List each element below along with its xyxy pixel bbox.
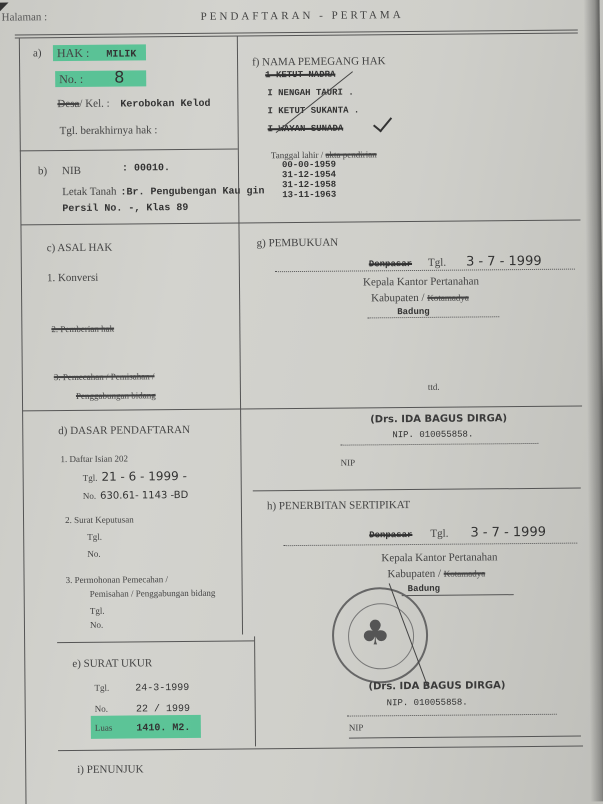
penerbitan-office-2: Kabupaten / Kotamadya bbox=[387, 567, 485, 580]
letak-label: Letak Tanah bbox=[62, 186, 116, 198]
birth-date-3: 31-12-1958 bbox=[282, 180, 336, 190]
surat-ukur-tgl: Tgl. 24-3-1999 bbox=[94, 677, 189, 696]
penerbitan-dotted-line bbox=[283, 543, 577, 547]
akta-struck: akta pendirian bbox=[325, 149, 376, 159]
penerbitan-kotamadya-struck: Kotamadya bbox=[444, 568, 486, 578]
pembukuan-place: Denpasar bbox=[369, 259, 412, 269]
daftar-isian-tgl-label: Tgl. bbox=[83, 473, 98, 483]
penerbitan-regency-line bbox=[402, 594, 514, 596]
section-h-heading: h) PENERBITAN SERTIPIKAT bbox=[267, 499, 410, 512]
hak-value: MILIK bbox=[106, 49, 136, 60]
penerbitan-nip-line bbox=[349, 736, 581, 739]
permohonan-no-label: No. bbox=[90, 620, 103, 630]
penerbitan-place: Denpasar bbox=[369, 530, 412, 540]
pembukuan-office-2: Kabupaten / Kotamadya bbox=[371, 292, 469, 305]
garuda-emblem-icon: ♣ bbox=[360, 613, 391, 653]
luas-label: Luas bbox=[95, 723, 113, 733]
penerbitan-official-nip: NIP. 010055858. bbox=[387, 698, 468, 709]
tanggal-lahir-label: Tanggal lahir / bbox=[271, 150, 323, 160]
asal-hak-item-1: 1. Konversi bbox=[47, 272, 98, 284]
section-e-heading: e) SURAT UKUR bbox=[72, 657, 152, 670]
pembukuan-tgl-value: 3 - 7 - 1999 bbox=[466, 254, 542, 270]
surat-keputusan-tgl-label: Tgl. bbox=[87, 532, 102, 542]
daftar-isian-no: No. 630.61- 1143 -BD bbox=[83, 485, 189, 504]
luas-highlight: Luas 1410. M2. bbox=[91, 715, 201, 739]
asal-hak-item-3-cont: Penggabungan bidang bbox=[76, 390, 156, 401]
birth-date-2: 31-12-1954 bbox=[282, 170, 336, 180]
hak-highlight: HAK : MILIK bbox=[53, 44, 146, 61]
desa-kel-field: Desa/ Kel. : Kerobokan Kelod bbox=[57, 97, 210, 111]
holder-3: I KETUT SUKANTA . bbox=[267, 105, 359, 116]
nib-label: NIB bbox=[62, 165, 81, 177]
pembukuan-tgl-label: Tgl. bbox=[428, 257, 446, 269]
section-i-heading: i) PENUNJUK bbox=[77, 763, 143, 776]
section-a-marker: a) bbox=[33, 47, 42, 59]
regency-dotted-line bbox=[367, 316, 499, 318]
surat-ukur-tgl-value: 24-3-1999 bbox=[135, 683, 189, 694]
no-field: No. : 8 bbox=[55, 67, 146, 88]
letak-tanah-field: Letak Tanah :Br. Pengubengan Kau gin bbox=[62, 180, 264, 200]
daftar-isian-no-value: 630.61- 1143 -BD bbox=[100, 490, 188, 502]
no-label: No. : bbox=[59, 72, 83, 86]
official-signature-line bbox=[340, 443, 538, 446]
land-certificate-page: Halaman : PENDAFTARAN - PERTAMA a) HAK :… bbox=[0, 0, 603, 804]
luas-value: 1410. M2. bbox=[136, 723, 190, 734]
penerbitan-date-line: Denpasar Tgl. 3 - 7 - 1999 bbox=[369, 523, 546, 543]
row-divider-g-h bbox=[253, 488, 581, 492]
tgl-berakhir-label: Tgl. berakhirnya hak : bbox=[60, 124, 158, 137]
permohonan-label-1: 3. Permohonan Pemecahan / bbox=[66, 574, 169, 585]
document-title: PENDAFTARAN - PERTAMA bbox=[201, 9, 404, 23]
daftar-isian-tgl-value: 21 - 6 - 1999 - bbox=[101, 469, 187, 484]
row-divider-b-c bbox=[20, 220, 580, 226]
surat-ukur-no-value: 22 / 1999 bbox=[136, 704, 190, 715]
asal-hak-item-2: 2. Pemberian hak bbox=[51, 324, 114, 335]
penerbitan-tgl-label: Tgl. bbox=[430, 528, 448, 540]
header-double-rule bbox=[15, 30, 578, 39]
section-d-heading: d) DASAR PENDAFTARAN bbox=[58, 424, 190, 437]
column-divider-lower bbox=[254, 636, 256, 746]
kel-label: / Kel. : bbox=[79, 98, 109, 110]
row-divider-a-b bbox=[20, 149, 238, 152]
holder-2: I NENGAH TAURI . bbox=[267, 88, 354, 99]
surat-keputusan-no-label: No. bbox=[87, 549, 100, 559]
left-margin-line bbox=[19, 38, 27, 804]
section-c-heading: c) ASAL HAK bbox=[47, 242, 113, 255]
daftar-isian-tgl: Tgl. 21 - 6 - 1999 - bbox=[83, 467, 187, 486]
row-divider-c-d bbox=[22, 406, 582, 412]
pembukuan-official-name: (Drs. IDA BAGUS DIRGA) bbox=[370, 413, 507, 425]
column-divider bbox=[237, 37, 243, 635]
surat-ukur-no: No. 22 / 1999 bbox=[95, 698, 190, 717]
penerbitan-official-name: (Drs. IDA BAGUS DIRGA) bbox=[368, 680, 505, 692]
surat-ukur-no-label: No. bbox=[95, 704, 108, 714]
permohonan-label-2: Pemisahan / Penggabungan bidang bbox=[90, 588, 216, 599]
hak-label: HAK : bbox=[57, 46, 89, 60]
pembukuan-ttd: ttd. bbox=[428, 382, 440, 392]
penerbitan-kabupaten: Kabupaten / bbox=[387, 568, 441, 580]
permohonan-tgl-label: Tgl. bbox=[90, 606, 105, 616]
penerbitan-office-1: Kepala Kantor Pertanahan bbox=[381, 551, 497, 564]
letak-value: :Br. Pengubengan Kau gin bbox=[120, 186, 264, 198]
no-value: 8 bbox=[114, 68, 124, 87]
kel-value: Kerobokan Kelod bbox=[120, 99, 210, 111]
birth-date-label: Tanggal lahir / akta pendirian bbox=[271, 149, 377, 160]
section-b-marker: b) bbox=[38, 165, 47, 177]
official-seal-stamp: ♣ bbox=[332, 587, 429, 684]
section-g-heading: g) PEMBUKUAN bbox=[257, 237, 339, 250]
pembukuan-office-1: Kepala Kantor Pertanahan bbox=[363, 275, 479, 288]
row-divider-d-e bbox=[57, 640, 254, 643]
surat-ukur-tgl-label: Tgl. bbox=[94, 683, 109, 693]
persil-value: Persil No. -, Klas 89 bbox=[62, 203, 188, 215]
surat-keputusan-label: 2. Surat Keputusan bbox=[65, 514, 134, 525]
birth-date-1: 00-00-1959 bbox=[282, 160, 336, 170]
surat-ukur-luas: Luas 1410. M2. bbox=[91, 717, 201, 736]
nib-value: : 00010. bbox=[122, 163, 170, 174]
pembukuan-nip-label: NIP bbox=[341, 458, 356, 468]
desa-struck: Desa bbox=[57, 98, 79, 110]
penerbitan-nip-label: NIP bbox=[349, 722, 364, 732]
daftar-isian-label: 1. Daftar Isian 202 bbox=[60, 454, 128, 465]
page-edge-shadow bbox=[583, 0, 603, 801]
daftar-isian-no-label: No. bbox=[83, 491, 96, 501]
hak-field: HAK : MILIK bbox=[53, 43, 147, 62]
penerbitan-tgl-value: 3 - 7 - 1999 bbox=[470, 525, 546, 541]
asal-hak-item-3: 3. Pemecahan / Pemisahan / bbox=[54, 371, 155, 382]
holder-1: 1 KETUT NADRA bbox=[265, 70, 335, 81]
office-kotamadya-struck: Kotamadya bbox=[427, 293, 469, 303]
penerbitan-regency: Badung bbox=[408, 584, 440, 594]
birth-date-4: 13-11-1963 bbox=[282, 190, 336, 200]
penerbitan-signature-line bbox=[347, 714, 557, 717]
section-f-heading: f) NAMA PEMEGANG HAK bbox=[252, 55, 386, 68]
pembukuan-regency: Badung bbox=[397, 307, 429, 317]
pembukuan-dotted-line bbox=[275, 269, 575, 273]
office-kabupaten: Kabupaten / bbox=[371, 292, 425, 304]
pembukuan-official-nip: NIP. 010055858. bbox=[392, 429, 473, 440]
no-highlight: No. : 8 bbox=[55, 70, 146, 87]
page-number-label: Halaman : bbox=[2, 11, 48, 23]
birth-dates-list: 00-00-1959 31-12-1954 31-12-1958 13-11-1… bbox=[282, 160, 336, 200]
row-divider-e-i bbox=[58, 746, 583, 752]
checkmark-icon bbox=[373, 112, 392, 132]
